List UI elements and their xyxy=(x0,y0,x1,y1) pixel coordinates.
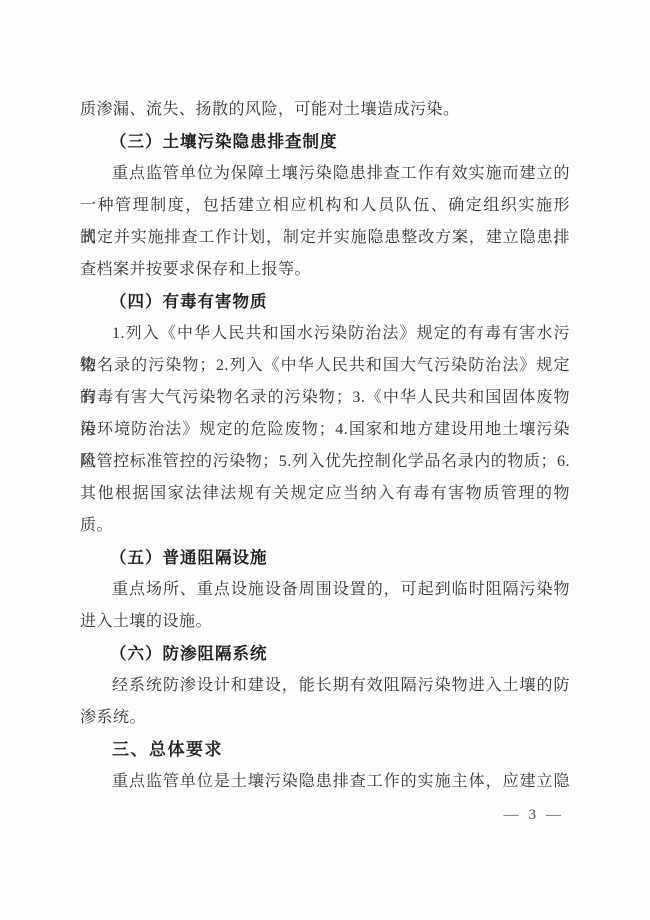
page-number: —3— xyxy=(498,804,568,826)
body-line: 重点监管单位为保障土壤污染隐患排查工作有效实施而建立的 xyxy=(80,158,570,190)
subsection-heading: （六）防渗阻隔系统 xyxy=(80,638,570,670)
body-line: 质。 xyxy=(80,510,570,542)
body-line: 1.列入《中华人民共和国水污染防治法》规定的有毒有害水污染 xyxy=(80,318,570,350)
body-line: 渗系统。 xyxy=(80,702,570,734)
body-line: 物名录的污染物；2.列入《中华人民共和国大气污染防治法》规定的 xyxy=(80,350,570,382)
subsection-heading: （四）有毒有害物质 xyxy=(80,286,570,318)
document-page: 质渗漏、流失、扬散的风险，可能对土壤造成污染。 （三）土壤污染隐患排查制度 重点… xyxy=(0,0,650,920)
body-line: 重点监管单位是土壤污染隐患排查工作的实施主体，应建立隐 xyxy=(80,766,570,798)
body-line: 有毒有害大气污染物名录的污染物；3.《中华人民共和国固体废物污 xyxy=(80,382,570,414)
footer-dash-left: — xyxy=(504,807,519,823)
body-line: 其他根据国家法律法规有关规定应当纳入有毒有害物质管理的物 xyxy=(80,478,570,510)
body-line: 经系统防渗设计和建设，能长期有效阻隔污染物进入土壤的防 xyxy=(80,670,570,702)
body-line: 险管控标准管控的污染物；5.列入优先控制化学品名录内的物质；6. xyxy=(80,446,570,478)
footer-dash-right: — xyxy=(546,807,561,823)
body-line: 制定并实施排查工作计划，制定并实施隐患整改方案，建立隐患排 xyxy=(80,222,570,254)
body-line: 染环境防治法》规定的危险废物；4.国家和地方建设用地土壤污染风 xyxy=(80,414,570,446)
body-line: 一种管理制度，包括建立相应机构和人员队伍、确定组织实施形式， xyxy=(80,190,570,222)
body-line: 进入土壤的设施。 xyxy=(80,606,570,638)
body-line: 质渗漏、流失、扬散的风险，可能对土壤造成污染。 xyxy=(80,94,570,126)
footer-page-number: 3 xyxy=(529,807,537,823)
subsection-heading: （五）普通阻隔设施 xyxy=(80,542,570,574)
body-line: 重点场所、重点设施设备周围设置的，可起到临时阻隔污染物 xyxy=(80,574,570,606)
body-line: 查档案并按要求保存和上报等。 xyxy=(80,254,570,286)
subsection-heading: （三）土壤污染隐患排查制度 xyxy=(80,126,570,158)
document-body: 质渗漏、流失、扬散的风险，可能对土壤造成污染。 （三）土壤污染隐患排查制度 重点… xyxy=(80,94,570,798)
section-heading: 三、总体要求 xyxy=(80,734,570,766)
